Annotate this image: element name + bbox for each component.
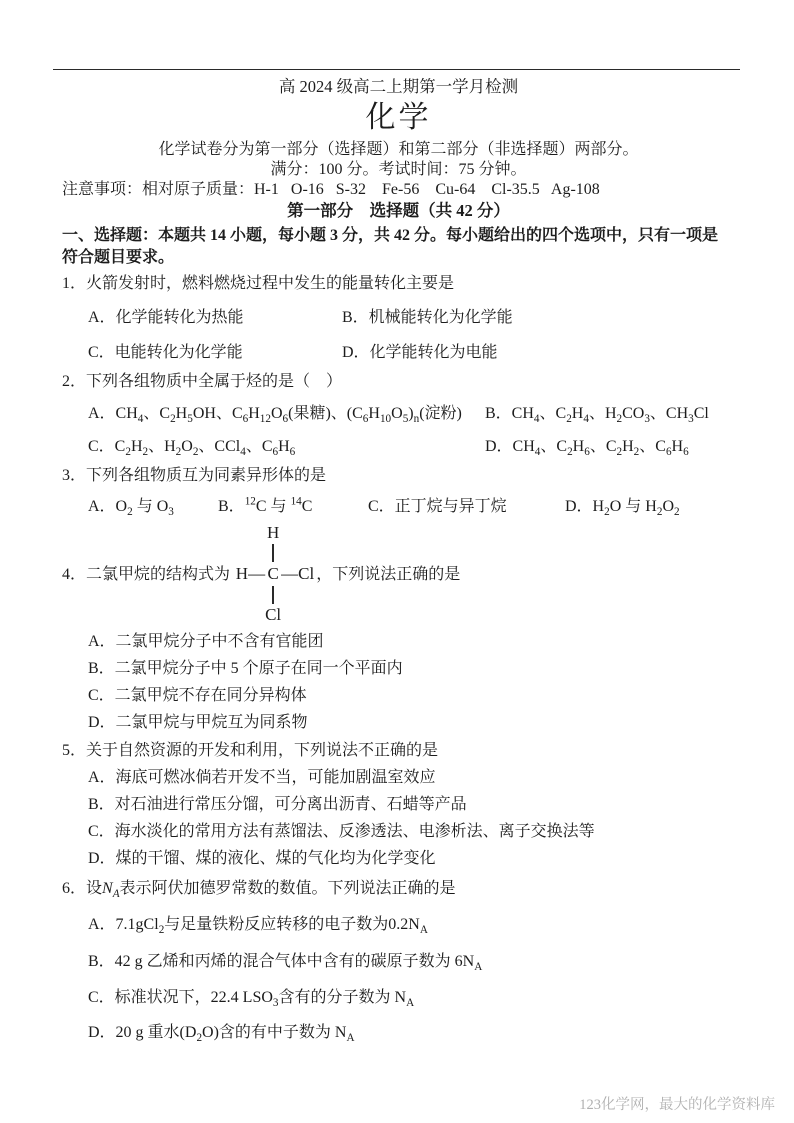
q6-option-a: A．7.1gCl2与足量铁粉反应转移的电子数为0.2NA <box>62 915 735 934</box>
q6-option-c: C．标准状况下，22.4 LSO3含有的分子数为 NA <box>62 988 735 1007</box>
question-2-options-row-2: C．C2H2、H2O2、CCl4、C6H6 D．CH4、C2H6、C2H2、C6… <box>62 436 735 457</box>
struct-left-bond: H— <box>236 563 265 585</box>
question-6: 6．设NA表示阿伏加德罗常数的数值。下列说法正确的是 A．7.1gCl2与足量铁… <box>62 879 735 1042</box>
struct-bond-vertical-bottom <box>272 586 273 604</box>
question-3-stem: 3．下列各组物质互为同素异形体的是 <box>62 466 735 485</box>
q2-option-a: A．CH4、C2H5OH、C6H12O6(果糖)、(C6H10O5)n(淀粉) <box>88 403 485 424</box>
q4-option-c: C．二氯甲烷不存在同分异构体 <box>62 686 735 705</box>
question-4-stem: 4．二氯甲烷的结构式为 H H—C—Cl Cl ，下列说法正确的是 <box>62 523 735 625</box>
struct-bond-vertical-top <box>272 544 273 562</box>
struct-right-bond: —Cl <box>281 563 314 585</box>
q5-option-c: C．海水淡化的常用方法有蒸馏法、反渗透法、电渗析法、离子交换法等 <box>62 822 735 841</box>
q5-option-a: A．海底可燃冰倘若开发不当，可能加剧温室效应 <box>62 768 735 787</box>
q4-structural-formula: H H—C—Cl Cl <box>232 523 314 625</box>
question-5: 5．关于自然资源的开发和利用，下列说法不正确的是 A．海底可燃冰倘若开发不当，可… <box>62 741 735 868</box>
question-3: 3．下列各组物质互为同素异形体的是 A．O2 与 O3 B．12C 与 14C … <box>62 466 735 517</box>
score-time-note: 满分：100 分。考试时间：75 分钟。 <box>62 160 735 180</box>
question-5-stem: 5．关于自然资源的开发和利用，下列说法不正确的是 <box>62 741 735 760</box>
question-1-stem: 1．火箭发射时，燃料燃烧过程中发生的能量转化主要是 <box>62 274 735 293</box>
q4-option-b: B．二氯甲烷分子中 5 个原子在同一个平面内 <box>62 659 735 678</box>
q1-option-b: B．机械能转化为化学能 <box>342 307 513 328</box>
struct-center-atom: C <box>267 563 278 585</box>
q1-option-c: C．电能转化为化学能 <box>88 342 342 363</box>
q3-option-d: D．H2O 与 H2O2 <box>565 496 680 517</box>
q2-option-c: C．C2H2、H2O2、CCl4、C6H6 <box>88 436 485 457</box>
q6-option-b: B．42 g 乙烯和丙烯的混合气体中含有的碳原子数为 6NA <box>62 952 735 971</box>
section-instructions: 一、选择题：本题共 14 小题，每小题 3 分，共 42 分。每小题给出的四个选… <box>62 225 735 269</box>
site-watermark: 123化学网，最大的化学资料库 <box>579 1097 775 1113</box>
exam-page: 高 2024 级高二上期第一学月检测 化学 化学试卷分为第一部分（选择题）和第二… <box>0 0 794 1123</box>
q1-option-d: D．化学能转化为电能 <box>342 342 498 363</box>
atomic-mass-note: 注意事项：相对原子质量：H-1 O-16 S-32 Fe-56 Cu-64 Cl… <box>62 180 735 200</box>
question-1: 1．火箭发射时，燃料燃烧过程中发生的能量转化主要是 A．化学能转化为热能 B．机… <box>62 274 735 363</box>
section-title: 第一部分 选择题（共 42 分） <box>62 200 735 222</box>
q6-option-d: D．20 g 重水(D2O)含的有中子数为 NA <box>62 1023 735 1042</box>
q4-option-d: D．二氯甲烷与甲烷互为同系物 <box>62 713 735 732</box>
q4-stem-suffix: ，下列说法正确的是 <box>316 565 460 584</box>
q3-option-c: C．正丁烷与异丁烷 <box>368 496 565 517</box>
exam-session-title: 高 2024 级高二上期第一学月检测 <box>62 77 735 97</box>
q1-option-a: A．化学能转化为热能 <box>88 307 342 328</box>
question-2-stem: 2．下列各组物质中全属于烃的是（ ） <box>62 372 735 391</box>
q2-option-b: B．CH4、C2H4、H2CO3、CH3Cl <box>485 403 709 424</box>
subject-title: 化学 <box>62 99 735 137</box>
question-6-stem: 6．设NA表示阿伏加德罗常数的数值。下列说法正确的是 <box>62 879 735 898</box>
q2-option-d: D．CH4、C2H6、C2H2、C6H6 <box>485 436 689 457</box>
question-1-options-row-2: C．电能转化为化学能 D．化学能转化为电能 <box>62 342 735 363</box>
question-4: 4．二氯甲烷的结构式为 H H—C—Cl Cl ，下列说法正确的是 A．二氯甲烷… <box>62 523 735 732</box>
q5-option-b: B．对石油进行常压分馏，可分离出沥青、石蜡等产品 <box>62 795 735 814</box>
header-divider <box>53 69 740 70</box>
q3-option-b: B．12C 与 14C <box>218 496 368 517</box>
q4-stem-prefix: 4．二氯甲烷的结构式为 <box>62 565 230 584</box>
question-3-options-row: A．O2 与 O3 B．12C 与 14C C．正丁烷与异丁烷 D．H2O 与 … <box>62 496 735 517</box>
question-2-options-row-1: A．CH4、C2H5OH、C6H12O6(果糖)、(C6H10O5)n(淀粉) … <box>62 403 735 424</box>
q4-option-a: A．二氯甲烷分子中不含有官能团 <box>62 632 735 651</box>
q3-option-a: A．O2 与 O3 <box>88 496 218 517</box>
question-1-options-row-1: A．化学能转化为热能 B．机械能转化为化学能 <box>62 307 735 328</box>
struct-top-atom: H <box>267 523 279 543</box>
q5-option-d: D．煤的干馏、煤的液化、煤的气化均为化学变化 <box>62 849 735 868</box>
question-2: 2．下列各组物质中全属于烃的是（ ） A．CH4、C2H5OH、C6H12O6(… <box>62 372 735 457</box>
struct-bottom-atom: Cl <box>265 605 281 625</box>
exam-structure-note: 化学试卷分为第一部分（选择题）和第二部分（非选择题）两部分。 <box>62 140 735 160</box>
